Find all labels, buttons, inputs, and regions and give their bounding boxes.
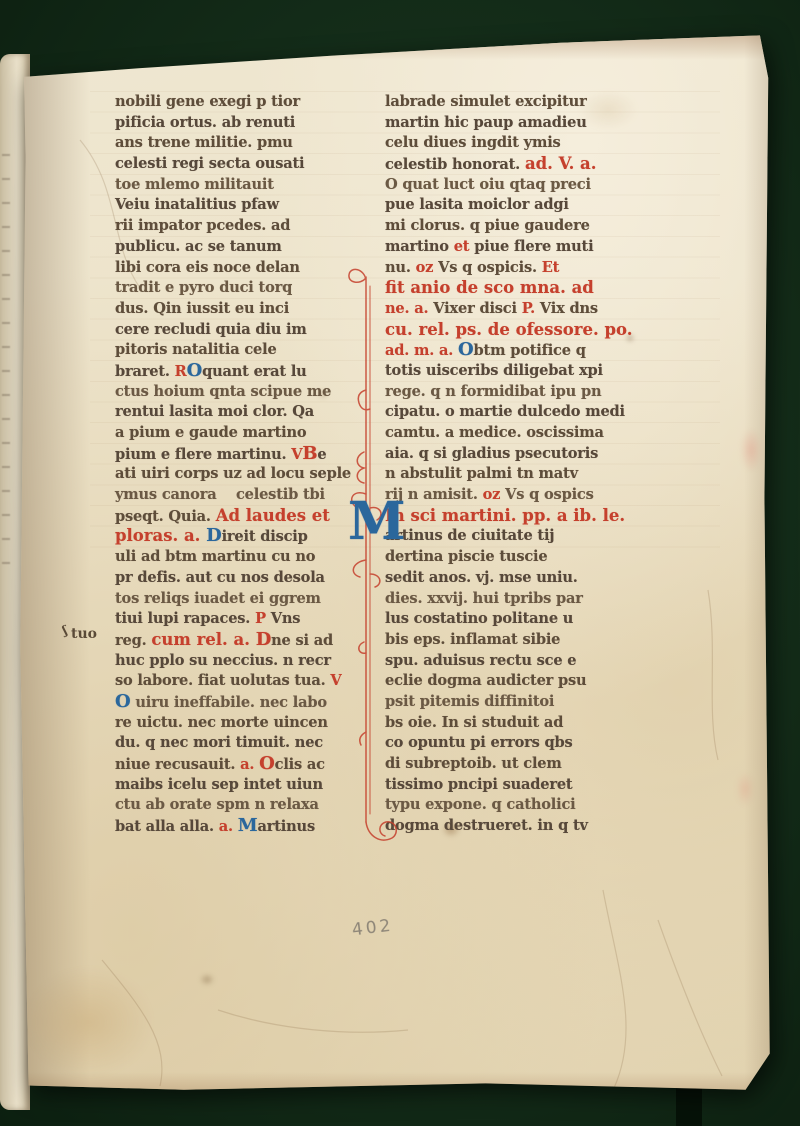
text-line: rii impator pcedes. ad xyxy=(115,216,373,237)
text-segment: toe mlemo militauit xyxy=(115,176,274,193)
inline-initial: D xyxy=(256,629,271,650)
page-shadow: nobili gene exegi p tiorpificia ortus. a… xyxy=(0,0,754,1064)
text-segment: a. xyxy=(240,756,259,773)
text-line: martin hic paup amadieu xyxy=(385,113,677,134)
text-segment: ans trene militie. pmu xyxy=(115,134,293,151)
text-segment: Ad laudes et xyxy=(216,506,330,525)
text-segment: uiru ineffabile. nec labo xyxy=(130,694,326,711)
text-column-left: nobili gene exegi p tiorpificia ortus. a… xyxy=(115,92,373,837)
text-line: lus costatino politane u xyxy=(385,609,677,630)
text-line: pificia ortus. ab renuti xyxy=(115,113,373,134)
text-segment: dus. Qin iussit eu inci xyxy=(115,300,289,317)
text-segment: celesti regi secta ousati xyxy=(115,155,304,172)
text-line: pue lasita moiclor adgi xyxy=(385,195,677,216)
text-line: labrade simulet excipitur xyxy=(385,92,677,113)
text-segment: n abstulit palmi tn matv xyxy=(385,465,578,482)
text-segment: fit anio de sco mna. ad xyxy=(385,278,594,297)
text-segment: Et xyxy=(542,259,559,276)
text-line: re uictu. nec morte uincen xyxy=(115,713,373,734)
text-line: rege. q n formidibat ipu pn xyxy=(385,382,677,403)
text-line: nobili gene exegi p tior xyxy=(115,92,373,113)
text-line: nu. oz Vs q ospicis. Et xyxy=(385,258,677,279)
text-segment: dogma destrueret. in q tv xyxy=(385,817,588,834)
text-line: tradit e pyro duci torq xyxy=(115,278,373,299)
text-segment: psit pitemis diffinitoi xyxy=(385,693,554,710)
inline-initial: O xyxy=(458,339,473,360)
text-segment: Vs q ospicis. xyxy=(438,259,542,276)
text-segment: O quat luct oiu qtaq preci xyxy=(385,176,591,193)
text-segment: R xyxy=(175,363,187,380)
inline-initial: O xyxy=(115,691,130,712)
text-segment: nobili gene exegi p tior xyxy=(115,93,300,110)
text-line: artinus de ciuitate tij xyxy=(385,526,677,547)
text-segment: rii impator pcedes. ad xyxy=(115,217,290,234)
inline-initial: O xyxy=(259,753,274,774)
text-segment: ne si ad xyxy=(271,632,333,649)
text-line: dogma destrueret. in q tv xyxy=(385,816,677,837)
text-segment: ad. V. a. xyxy=(525,154,597,173)
text-line: tiui lupi rapaces. P Vns xyxy=(115,609,373,630)
text-line: celestib honorat. ad. V. a. xyxy=(385,154,677,175)
text-segment: oz xyxy=(483,486,506,503)
text-line: cipatu. o martie dulcedo medi xyxy=(385,402,677,423)
text-segment: so labore. fiat uolutas tua. xyxy=(115,672,330,689)
text-segment: camtu. a medice. oscissima xyxy=(385,424,604,441)
text-segment: clis ac xyxy=(275,756,325,773)
text-segment: e xyxy=(317,446,326,463)
text-segment: martino xyxy=(385,238,454,255)
text-line: ne. a. Vixer disci P. Vix dns xyxy=(385,299,677,320)
text-segment: ctu ab orate spm n relaxa xyxy=(115,796,319,813)
text-line: aia. q si gladius psecutoris xyxy=(385,444,677,465)
text-line: libi cora eis noce delan xyxy=(115,258,373,279)
text-segment: martin hic paup amadieu xyxy=(385,114,587,131)
text-segment: celu diues ingdit ymis xyxy=(385,134,561,151)
text-line: pium e flere martinu. VBe xyxy=(115,444,373,465)
pen-flourish-divider xyxy=(340,262,402,862)
text-line: dies. xxvij. hui tpribs par xyxy=(385,589,677,610)
text-line: publicu. ac se tanum xyxy=(115,237,373,258)
text-segment: dies. xxvij. hui tpribs par xyxy=(385,590,583,607)
text-segment: labrade simulet excipitur xyxy=(385,93,587,110)
text-segment: uli ad btm martinu cu no xyxy=(115,548,315,565)
text-line: dus. Qin iussit eu inci xyxy=(115,299,373,320)
text-line: fit anio de sco mna. ad xyxy=(385,278,677,299)
text-segment: publicu. ac se tanum xyxy=(115,238,282,255)
text-segment: ploras. a. xyxy=(115,526,206,545)
text-line: n abstulit palmi tn matv xyxy=(385,464,677,485)
text-segment: ymus canora celestib tbi xyxy=(115,486,325,503)
text-segment: Veiu inatalitius pfaw xyxy=(115,196,279,213)
text-line: psit pitemis diffinitoi xyxy=(385,692,677,713)
text-line: In sci martini. pp. a ib. le. xyxy=(385,506,677,527)
text-segment: pue lasita moiclor adgi xyxy=(385,196,569,213)
text-segment: a. xyxy=(219,818,238,835)
text-line: braret. ROquant erat lu xyxy=(115,361,373,382)
text-line: O quat luct oiu qtaq preci xyxy=(385,175,677,196)
text-segment: lus costatino politane u xyxy=(385,610,573,627)
text-segment: Vns xyxy=(271,610,301,627)
text-segment: celestib honorat. xyxy=(385,156,525,173)
text-line: rij n amisit. oz Vs q ospics xyxy=(385,485,677,506)
text-segment: Vix dns xyxy=(540,300,598,317)
text-line: dertina piscie tuscie xyxy=(385,547,677,568)
text-segment: tiui lupi rapaces. xyxy=(115,610,255,627)
text-segment: eclie dogma audicter psu xyxy=(385,672,586,689)
text-segment: typu expone. q catholici xyxy=(385,796,576,813)
text-line: eclie dogma audicter psu xyxy=(385,671,677,692)
text-segment: tissimo pncipi suaderet xyxy=(385,776,572,793)
text-segment: In sci martini. pp. a ib. le. xyxy=(385,506,625,525)
text-line: mi clorus. q piue gaudere xyxy=(385,216,677,237)
text-line: Veiu inatalitius pfaw xyxy=(115,195,373,216)
text-line: maibs icelu sep intet uiun xyxy=(115,775,373,796)
text-segment: pificia ortus. ab renuti xyxy=(115,114,295,131)
text-line: uli ad btm martinu cu no xyxy=(115,547,373,568)
text-segment: niue recusauit. xyxy=(115,756,240,773)
text-segment: a pium e gaude martino xyxy=(115,424,306,441)
text-segment: oz xyxy=(416,259,439,276)
text-segment: cipatu. o martie dulcedo medi xyxy=(385,403,625,420)
text-column-right: labrade simulet excipiturmartin hic paup… xyxy=(385,92,677,837)
text-line: pitoris natalitia cele xyxy=(115,340,373,361)
text-segment: aia. q si gladius psecutoris xyxy=(385,445,598,462)
text-segment: libi cora eis noce delan xyxy=(115,259,300,276)
text-line: ymus canora celestib tbi xyxy=(115,485,373,506)
text-line: ctus hoium qnta scipue me xyxy=(115,382,373,403)
text-line: camtu. a medice. oscissima xyxy=(385,423,677,444)
text-line: niue recusauit. a. Oclis ac xyxy=(115,754,373,775)
text-segment: et xyxy=(454,238,475,255)
text-segment: quant erat lu xyxy=(202,363,307,380)
text-segment: re uictu. nec morte uincen xyxy=(115,714,328,731)
text-line: a pium e gaude martino xyxy=(115,423,373,444)
inline-initial: D xyxy=(206,525,221,546)
text-line: co opuntu pi errors qbs xyxy=(385,733,677,754)
text-segment: artinus xyxy=(258,818,315,835)
text-line: bis eps. inflamat sibie xyxy=(385,630,677,651)
text-segment: Vixer disci xyxy=(433,300,521,317)
text-line: spu. aduisus rectu sce e xyxy=(385,651,677,672)
text-line: celesti regi secta ousati xyxy=(115,154,373,175)
text-segment: braret. xyxy=(115,363,175,380)
text-line: tissimo pncipi suaderet xyxy=(385,775,677,796)
text-line: ctu ab orate spm n relaxa xyxy=(115,795,373,816)
text-line: bat alla alla. a. Martinus xyxy=(115,816,373,837)
text-segment: totis uisceribs diligebat xpi xyxy=(385,362,603,379)
text-segment: bis eps. inflamat sibie xyxy=(385,631,560,648)
text-line: reg. cum rel. a. Dne si ad xyxy=(115,630,373,651)
text-segment: pium e flere martinu. xyxy=(115,446,291,463)
text-line: rentui lasita moi clor. Qa xyxy=(115,402,373,423)
margin-note: ʃtuo xyxy=(64,626,97,642)
text-segment: du. q nec mori timuit. nec xyxy=(115,734,323,751)
text-line: tos reliqs iuadet ei ggrem xyxy=(115,589,373,610)
text-line: ans trene militie. pmu xyxy=(115,133,373,154)
text-segment: mi clorus. q piue gaudere xyxy=(385,217,590,234)
text-segment: dertina piscie tuscie xyxy=(385,548,547,565)
text-segment: cum rel. a. xyxy=(151,630,255,649)
text-segment: ati uiri corps uz ad locu seple xyxy=(115,465,351,482)
text-segment: rentui lasita moi clor. Qa xyxy=(115,403,314,420)
text-segment: spu. aduisus rectu sce e xyxy=(385,652,576,669)
text-segment: piue flere muti xyxy=(474,238,593,255)
text-line: huc pplo su neccius. n recr xyxy=(115,651,373,672)
text-line: celu diues ingdit ymis xyxy=(385,133,677,154)
text-segment: reg. xyxy=(115,632,151,649)
inline-initial: M xyxy=(238,815,258,836)
text-segment: cere recludi quia diu im xyxy=(115,321,307,338)
manuscript-page: nobili gene exegi p tiorpificia ortus. a… xyxy=(18,30,772,1094)
text-segment: sedit anos. vj. mse uniu. xyxy=(385,569,578,586)
scan-background: nobili gene exegi p tiorpificia ortus. a… xyxy=(0,0,800,1126)
text-line: di subreptoib. ut clem xyxy=(385,754,677,775)
text-segment: ireit discip xyxy=(222,528,308,545)
text-segment: maibs icelu sep intet uiun xyxy=(115,776,323,793)
illuminated-initial-m: M xyxy=(348,496,406,548)
text-segment: V xyxy=(291,446,302,463)
text-segment: cu. rel. ps. de ofessore. po. xyxy=(385,320,632,339)
text-segment: pr defis. aut cu nos desola xyxy=(115,569,325,586)
text-line: totis uisceribs diligebat xpi xyxy=(385,361,677,382)
text-segment: ctus hoium qnta scipue me xyxy=(115,383,331,400)
text-segment: pitoris natalitia cele xyxy=(115,341,277,358)
text-segment: btm potifice q xyxy=(474,342,586,359)
text-segment: tradit e pyro duci torq xyxy=(115,279,292,296)
text-line: O uiru ineffabile. nec labo xyxy=(115,692,373,713)
text-segment: huc pplo su neccius. n recr xyxy=(115,652,331,669)
text-segment: P. xyxy=(522,300,540,317)
text-segment: co opuntu pi errors qbs xyxy=(385,734,573,751)
text-segment: artinus de ciuitate tij xyxy=(385,527,554,544)
text-segment: bat alla alla. xyxy=(115,818,219,835)
text-segment: di subreptoib. ut clem xyxy=(385,755,562,772)
text-segment: pseqt. Quia. xyxy=(115,508,216,525)
text-line: ad. m. a. Obtm potifice q xyxy=(385,340,677,361)
inline-initial: B xyxy=(302,443,317,464)
text-line: toe mlemo militauit xyxy=(115,175,373,196)
text-segment: tos reliqs iuadet ei ggrem xyxy=(115,590,321,607)
text-line: cu. rel. ps. de ofessore. po. xyxy=(385,320,677,341)
text-line: ati uiri corps uz ad locu seple xyxy=(115,464,373,485)
inline-initial: O xyxy=(187,360,202,381)
text-line: ploras. a. Direit discip xyxy=(115,526,373,547)
margin-note-text: tuo xyxy=(71,626,97,642)
text-segment: Vs q ospics xyxy=(505,486,594,503)
text-line: du. q nec mori timuit. nec xyxy=(115,733,373,754)
text-segment: rege. q n formidibat ipu pn xyxy=(385,383,601,400)
binding-strap xyxy=(676,1088,702,1126)
text-line: bs oie. In si studuit ad xyxy=(385,713,677,734)
text-line: martino et piue flere muti xyxy=(385,237,677,258)
text-line: typu expone. q catholici xyxy=(385,795,677,816)
text-line: cere recludi quia diu im xyxy=(115,320,373,341)
text-segment: P xyxy=(255,610,271,627)
text-line: so labore. fiat uolutas tua. V xyxy=(115,671,373,692)
text-line: pr defis. aut cu nos desola xyxy=(115,568,373,589)
text-line: sedit anos. vj. mse uniu. xyxy=(385,568,677,589)
text-line: pseqt. Quia. Ad laudes et xyxy=(115,506,373,527)
text-segment: bs oie. In si studuit ad xyxy=(385,714,563,731)
